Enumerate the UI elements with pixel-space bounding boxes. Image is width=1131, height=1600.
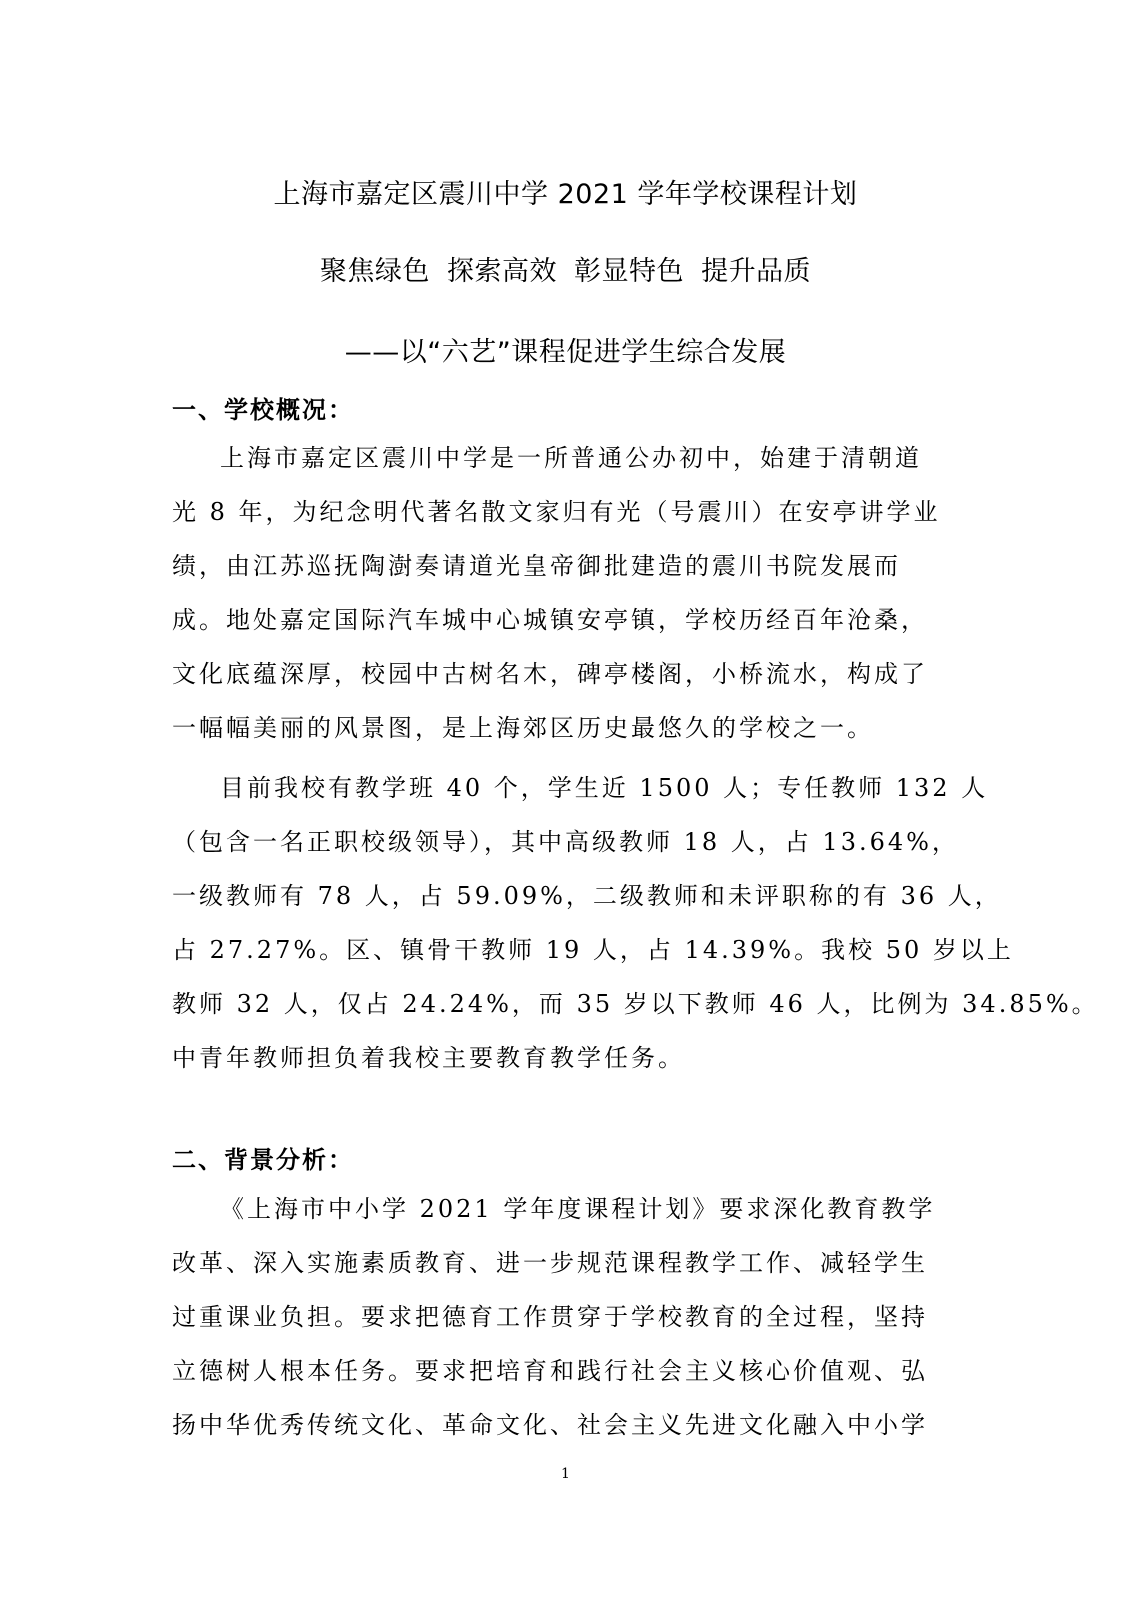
- text-line: 绩，由江苏巡抚陶澍奏请道光皇帝御批建造的震川书院发展而: [172, 539, 942, 593]
- text-line: 占 27.27%。区、镇骨干教师 19 人，占 14.39%。我校 50 岁以上: [172, 923, 942, 977]
- text-line: 过重课业负担。要求把德育工作贯穿于学校教育的全过程，坚持: [172, 1290, 942, 1344]
- text-line: 扬中华优秀传统文化、革命文化、社会主义先进文化融入中小学: [172, 1398, 942, 1452]
- text-line: 一幅幅美丽的风景图，是上海郊区历史最悠久的学校之一。: [172, 701, 942, 755]
- document-tagline: ——以“六艺”课程促进学生综合发展: [0, 330, 1131, 369]
- document-title: 上海市嘉定区震川中学 2021 学年学校课程计划: [0, 172, 1131, 211]
- text-line: 文化底蕴深厚，校园中古树名木，碑亭楼阁，小桥流水，构成了: [172, 647, 942, 701]
- text-line: 光 8 年，为纪念明代著名散文家归有光（号震川）在安亭讲学业: [172, 485, 942, 539]
- text-line: 改革、深入实施素质教育、进一步规范课程教学工作、减轻学生: [172, 1236, 942, 1290]
- page-number: 1: [0, 1466, 1131, 1482]
- paragraph-background: 《上海市中小学 2021 学年度课程计划》要求深化教育教学 改革、深入实施素质教…: [172, 1182, 942, 1452]
- text-line: 中青年教师担负着我校主要教育教学任务。: [172, 1031, 942, 1085]
- section-heading-background-analysis: 二、背景分析：: [172, 1140, 354, 1175]
- paragraph-school-history: 上海市嘉定区震川中学是一所普通公办初中，始建于清朝道 光 8 年，为纪念明代著名…: [172, 431, 942, 755]
- text-line: 一级教师有 78 人，占 59.09%，二级教师和未评职称的有 36 人，: [172, 869, 942, 923]
- paragraph-staff-statistics: 目前我校有教学班 40 个，学生近 1500 人；专任教师 132 人 （包含一…: [172, 761, 942, 1085]
- text-line: 上海市嘉定区震川中学是一所普通公办初中，始建于清朝道: [172, 431, 942, 485]
- text-line: 立德树人根本任务。要求把培育和践行社会主义核心价值观、弘: [172, 1344, 942, 1398]
- text-line: 《上海市中小学 2021 学年度课程计划》要求深化教育教学: [172, 1182, 942, 1236]
- text-line: 教师 32 人，仅占 24.24%，而 35 岁以下教师 46 人，比例为 34…: [172, 977, 942, 1031]
- document-subtitle: 聚焦绿色 探索高效 彰显特色 提升品质: [0, 249, 1131, 288]
- section-heading-school-overview: 一、学校概况：: [172, 390, 354, 425]
- text-line: 成。地处嘉定国际汽车城中心城镇安亭镇，学校历经百年沧桑，: [172, 593, 942, 647]
- text-line: （包含一名正职校级领导），其中高级教师 18 人，占 13.64%，: [172, 815, 942, 869]
- document-page: 上海市嘉定区震川中学 2021 学年学校课程计划 聚焦绿色 探索高效 彰显特色 …: [0, 0, 1131, 1600]
- text-line: 目前我校有教学班 40 个，学生近 1500 人；专任教师 132 人: [172, 761, 942, 815]
